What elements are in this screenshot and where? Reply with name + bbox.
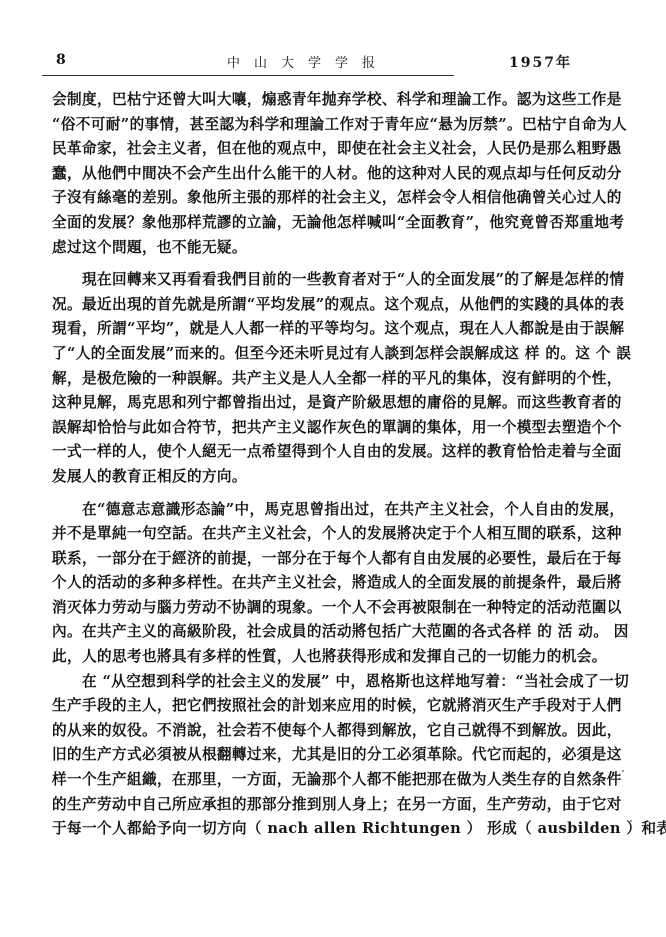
text-line: 解，是极危險的一种誤解。共产主义是人人全都一样的平凡的集体，沒有鮮明的个性， (52, 367, 582, 392)
text-line: 在“德意志意識形态論”中，馬克思曾指出过，在共产主义社会，个人自由的发展， (52, 498, 582, 523)
text-line: 虑过这个問題，也不能无疑。 (52, 236, 582, 261)
paragraph-3: 在“德意志意識形态論”中，馬克思曾指出过，在共产主义社会，个人自由的发展， 并不… (52, 498, 582, 670)
paragraph-2: 現在回轉来又再看看我們目前的一些教育者对于“人的全面发展”的了解是怎样的情 况。… (52, 268, 582, 489)
text-line: 現看，所謂“平均”，就是人人都一样的平等均匀。这个观点，現在人人都說是由于誤解 (52, 317, 582, 342)
text-line: 消灭体力劳动与腦力劳动不协調的現象。一个人不会再被限制在一种特定的活动范圍以 (52, 596, 582, 621)
text-line: 会制度，巴枯宁还曾大叫大嚷，煽惑青年抛弃学校、科学和理論工作。認为这些工作是 (52, 88, 582, 113)
text-line: 发展人的教育正相反的方向。 (52, 465, 582, 490)
text-line: 联系，一部分在于經济的前提，一部分在于每个人都有自由发展的必要性，最后在于每 (52, 547, 582, 572)
scan-speck (622, 770, 624, 772)
scan-speck (630, 820, 632, 822)
text-line: “俗不可耐”的事情，甚至認为科学和理論工作对于青年应“悬为厉禁”。巴枯宁自命为人 (52, 113, 582, 138)
text-line: 这种見解，馬克思和列宁都曾指出过，是資产阶級思想的庸俗的見解。而这些教育者的 (52, 391, 582, 416)
text-line: 蠢，从他們中間决不会产生出什么能干的人材。他的这种对人民的观点却与任何反动分 (52, 162, 582, 187)
article-body: 会制度，巴枯宁还曾大叫大嚷，煽惑青年抛弃学校、科学和理論工作。認为这些工作是 “… (52, 88, 582, 842)
text-line: 現在回轉来又再看看我們目前的一些教育者对于“人的全面发展”的了解是怎样的情 (52, 268, 582, 293)
text-line: 个人的活动的多种多样性。在共产主义社会，將造成人的全面发展的前提条件，最后將 (52, 571, 582, 596)
paragraph-4: 在 “从空想到科学的社会主义的发展” 中，恩格斯也这样地写着：“当社会成了一切 … (52, 670, 582, 842)
text-line: 的生产劳动中自己所应承担的那部分推到別人身上；在另一方面，生产劳动，由于它对 (52, 793, 582, 818)
text-line: 了“人的全面发展”而来的。但至今还未听見过有人談到怎样会誤解成这 样 的。这 个… (52, 342, 582, 367)
paragraph-1: 会制度，巴枯宁还曾大叫大嚷，煽惑青年抛弃学校、科学和理論工作。認为这些工作是 “… (52, 88, 582, 260)
text-line: 民革命家，社会主义者，但在他的观点中，即使在社会主义社会，人民仍是那么粗野愚 (52, 137, 582, 162)
journal-title: 中山大学学报 (227, 52, 389, 71)
header-rule-right (300, 75, 452, 76)
text-line: 并不是單純一句空話。在共产主义社会，个人的发展將决定于个人相互間的联系，这种 (52, 522, 582, 547)
text-line: 于每一个人都給予向一切方向（ nach allen Richtungen ） 形… (52, 817, 582, 842)
text-line: 样一个生产組織，在那里，一方面，无論那个人都不能把那在做为人类生存的自然条件 (52, 768, 582, 793)
text-line: 全面的发展？象他那样荒謬的立論，无論他怎样喊叫“全面教育”，他究竟曾否郑重地考 (52, 211, 582, 236)
text-line: 內。在共产主义的高級阶段，社会成員的活动將包括广大范圍的各式各样 的 活 动。 … (52, 620, 582, 645)
text-line: 誤解却恰恰与此如合符节，把共产主义認作灰色的單調的集体，用一个模型去塑造个个 (52, 416, 582, 441)
text-line: 一式一样的人，使个人絕无一点希望得到个人自由的发展。这样的教育恰恰走着与全面 (52, 440, 582, 465)
publication-year: 1957年 (509, 52, 572, 72)
text-line: 此，人的思考也將具有多样的性質，人也將获得形成和发揮自己的一切能力的机会。 (52, 645, 582, 670)
text-line: 旧的生产方式必須被从根翻轉过来，尤其是旧的分工必須革除。代它而起的，必須是这 (52, 743, 582, 768)
page-number: 8 (56, 52, 66, 68)
running-header: 8 中山大学学报 1957年 (52, 50, 578, 72)
text-line: 生产手段的主人，把它們按照社会的計划来应用的时候，它就將消灭生产手段对于人們 (52, 694, 582, 719)
text-line: 的从来的奴役。不消說，社会若不使每个人都得到解放，它自己就得不到解放。因此， (52, 719, 582, 744)
text-line: 况。最近出現的首先就是所謂“平均发展”的观点。这个观点，从他們的实踐的具体的表 (52, 293, 582, 318)
text-line: 子沒有絲毫的差别。象他所主張的那样的社会主义，怎样会令人相信他确曾关心过人的 (52, 186, 582, 211)
text-line: 在 “从空想到科学的社会主义的发展” 中，恩格斯也这样地写着：“当社会成了一切 (52, 670, 582, 695)
